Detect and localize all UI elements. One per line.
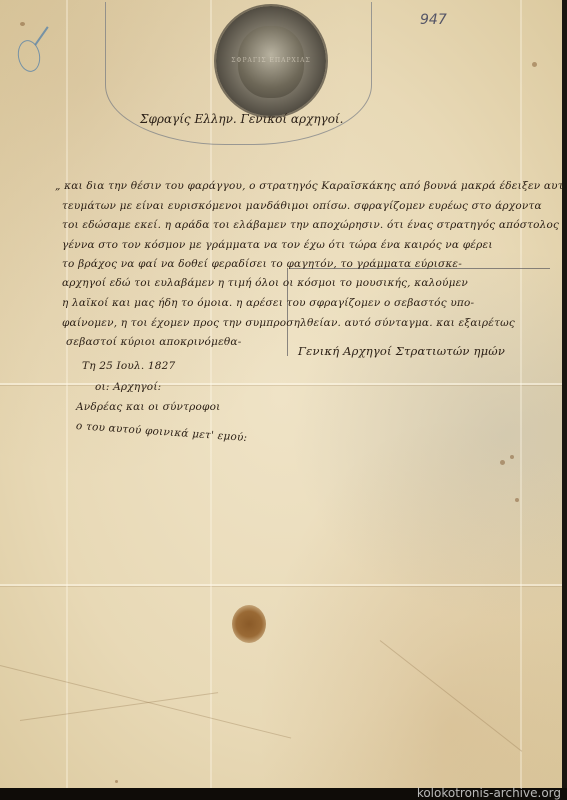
foxing-spot xyxy=(115,780,118,783)
body-line: γέννα στο τον κόσμον με γράμματα να τον … xyxy=(62,239,493,251)
body-line: φαίνομεν, η τοι έχομεν προς την συμπροση… xyxy=(62,317,515,329)
vertical-fold xyxy=(520,0,522,790)
paper-crease xyxy=(380,640,522,752)
body-line: „ και δια την θέσιν του φαράγγου, ο στρα… xyxy=(55,180,562,192)
closing-line: ο του αυτού φοινικά μετ' εμού: xyxy=(76,420,248,444)
foxing-spot xyxy=(532,62,537,67)
body-line: σεβαστοί κύριοι αποκρινόμεθα- xyxy=(66,336,241,348)
closing-line: Ανδρέας και οι σύντροφοι xyxy=(76,401,220,413)
body-line: αρχηγοί εδώ τοι ευλαβάμεν η τιμή όλοι οι… xyxy=(62,277,468,289)
signature-block: Γενική Αρχηγοί Στρατιωτών ημών xyxy=(298,344,505,358)
horizontal-fold xyxy=(0,584,562,586)
underline-rule xyxy=(290,268,550,269)
body-line: η λαϊκοί και μας ήδη το όμοια. η αρέσει … xyxy=(62,297,474,309)
manuscript-page: ΣΦΡΑΓΙΣ ΕΠΑΡΧΙΑΣ 947 Σφραγίς Ελλην. Γενι… xyxy=(0,0,562,790)
wax-seal: ΣΦΡΑΓΙΣ ΕΠΑΡΧΙΑΣ xyxy=(216,6,326,116)
brown-stain xyxy=(232,605,266,643)
pencil-loop-mark xyxy=(15,38,42,73)
closing-line: οι: Αρχηγοί: xyxy=(95,381,161,393)
vertical-fold xyxy=(66,0,68,790)
scan-border-right xyxy=(562,0,567,800)
paper-crease xyxy=(20,692,218,721)
archive-number: 947 xyxy=(420,12,447,28)
seal-inscription: ΣΦΡΑΓΙΣ ΕΠΑΡΧΙΑΣ xyxy=(216,6,326,116)
pencil-stroke-mark xyxy=(34,26,48,45)
horizontal-fold xyxy=(0,383,562,385)
seal-caption: Σφραγίς Ελλην. Γενικοί αρχηγοί. xyxy=(140,112,343,126)
date-line: Τη 25 Ιουλ. 1827 xyxy=(82,360,175,372)
body-line: τευμάτων με είναι ευρισκόμενοι μανδάθιμο… xyxy=(62,200,542,212)
body-line: τοι εδώσαμε εκεί. η αράδα τοι ελάβαμεν τ… xyxy=(62,219,559,231)
foxing-spot xyxy=(20,22,25,26)
foxing-spot xyxy=(500,460,505,465)
archive-watermark: kolokotronis-archive.org xyxy=(417,786,561,800)
foxing-spot xyxy=(510,455,514,459)
foxing-spot xyxy=(515,498,519,502)
